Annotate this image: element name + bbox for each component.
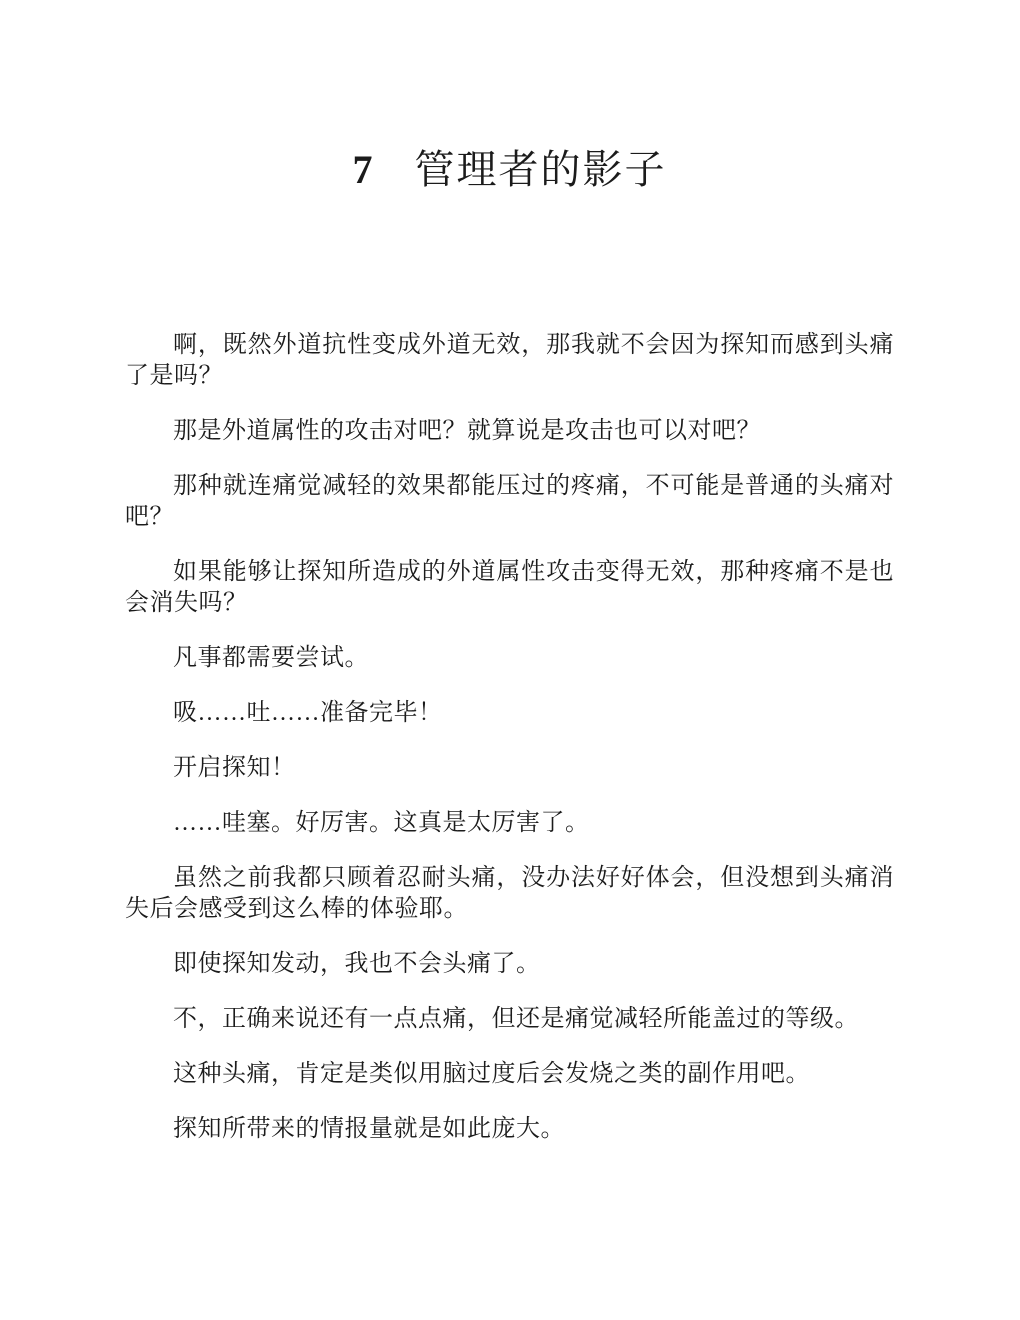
chapter-title: 7管理者的影子 bbox=[125, 146, 894, 194]
chapter-body: 啊，既然外道抗性变成外道无效，那我就不会因为探知而感到头痛了是吗？ 那是外道属性… bbox=[125, 330, 894, 1145]
paragraph: ……哇塞。好厉害。这真是太厉害了。 bbox=[125, 808, 894, 839]
paragraph: 吸……吐……准备完毕！ bbox=[125, 698, 894, 729]
document-page: 7管理者的影子 啊，既然外道抗性变成外道无效，那我就不会因为探知而感到头痛了是吗… bbox=[0, 0, 1020, 1320]
paragraph: 凡事都需要尝试。 bbox=[125, 643, 894, 674]
paragraph: 那种就连痛觉减轻的效果都能压过的疼痛，不可能是普通的头痛对吧？ bbox=[125, 471, 894, 533]
paragraph: 虽然之前我都只顾着忍耐头痛，没办法好好体会，但没想到头痛消失后会感受到这么棒的体… bbox=[125, 863, 894, 925]
paragraph: 开启探知！ bbox=[125, 753, 894, 784]
paragraph: 探知所带来的情报量就是如此庞大。 bbox=[125, 1114, 894, 1145]
paragraph: 如果能够让探知所造成的外道属性攻击变得无效，那种疼痛不是也会消失吗？ bbox=[125, 557, 894, 619]
paragraph: 啊，既然外道抗性变成外道无效，那我就不会因为探知而感到头痛了是吗？ bbox=[125, 330, 894, 392]
chapter-number: 7 bbox=[353, 147, 373, 192]
paragraph: 这种头痛，肯定是类似用脑过度后会发烧之类的副作用吧。 bbox=[125, 1059, 894, 1090]
paragraph: 不，正确来说还有一点点痛，但还是痛觉减轻所能盖过的等级。 bbox=[125, 1004, 894, 1035]
chapter-title-text: 管理者的影子 bbox=[415, 147, 667, 192]
paragraph: 即使探知发动，我也不会头痛了。 bbox=[125, 949, 894, 980]
paragraph: 那是外道属性的攻击对吧？就算说是攻击也可以对吧？ bbox=[125, 416, 894, 447]
